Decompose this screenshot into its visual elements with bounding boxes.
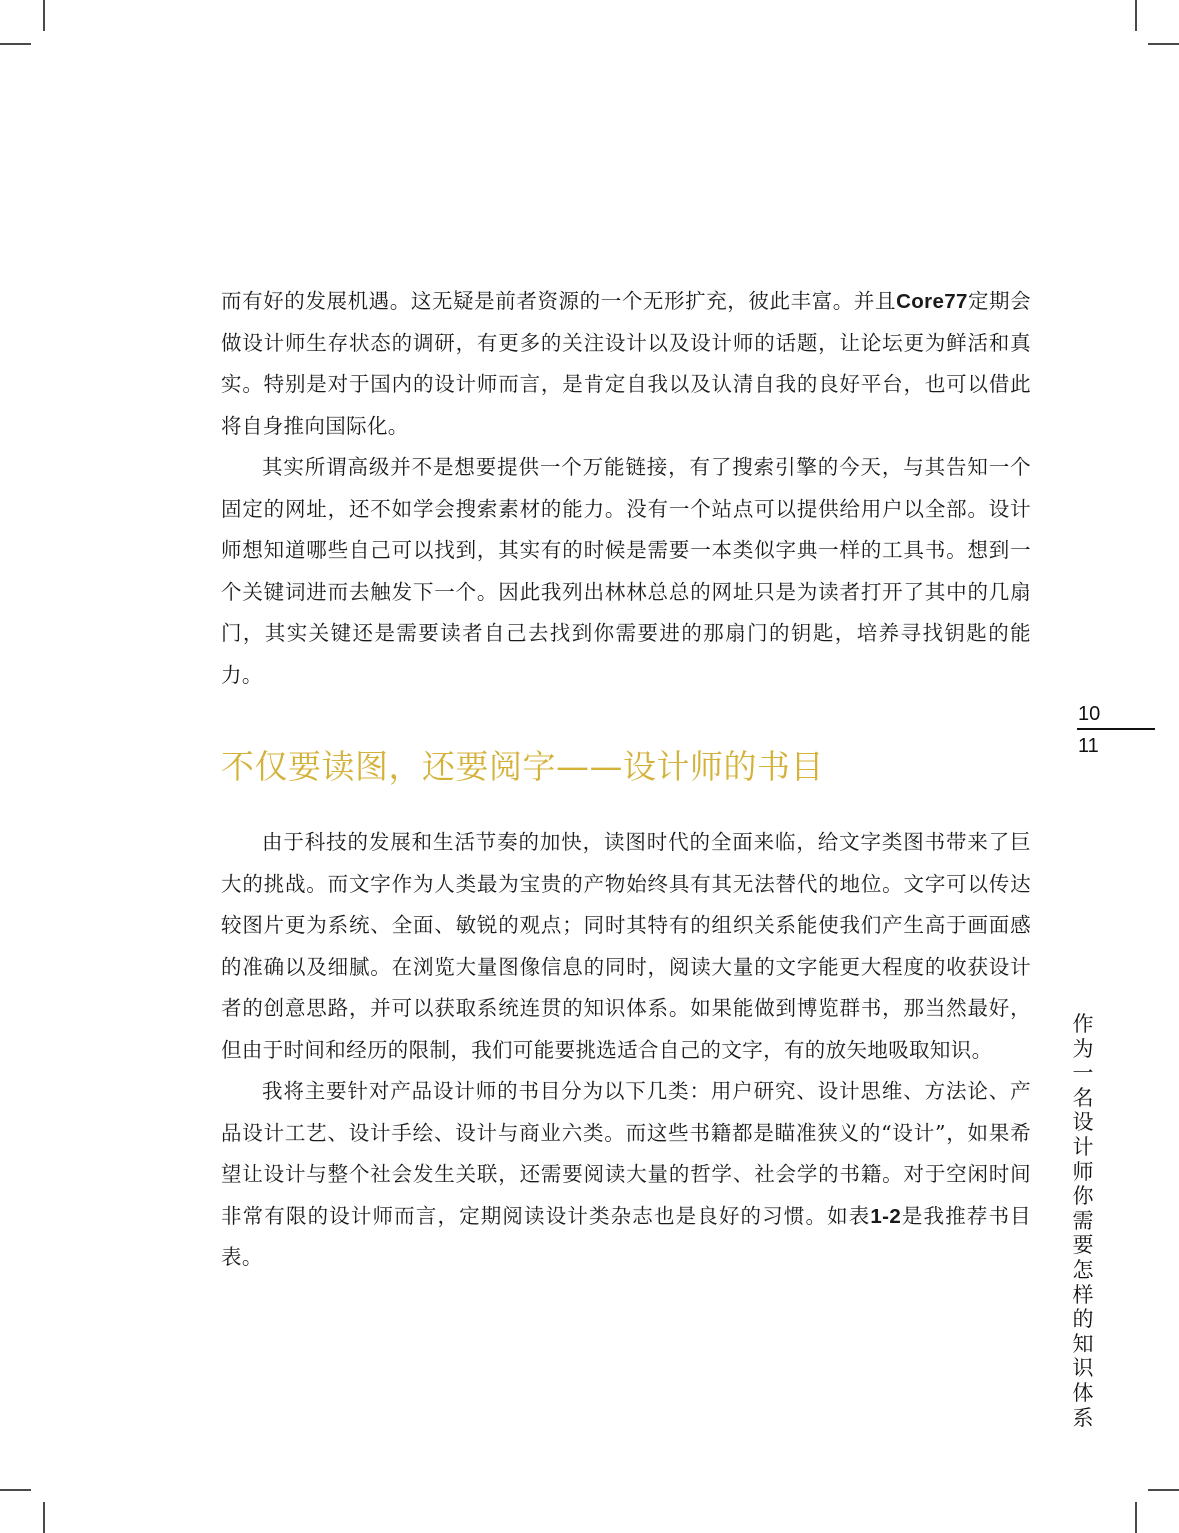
- page-number-right: 11: [1077, 734, 1155, 758]
- paragraph-1: 而有好的发展机遇。这无疑是前者资源的一个无形扩充，彼此丰富。并且Core77定期…: [221, 281, 1031, 447]
- paragraph-4: 我将主要针对产品设计师的书目分为以下几类：用户研究、设计思维、方法论、产品设计工…: [221, 1071, 1031, 1279]
- paragraph-1-brand: Core77: [896, 290, 968, 313]
- crop-mark-bottom-left-vertical: [43, 1502, 45, 1533]
- section-heading: 不仅要读图，还要阅字——设计师的书目: [221, 744, 824, 790]
- crop-mark-top-right-vertical: [1135, 0, 1137, 31]
- paragraph-1-text-a: 而有好的发展机遇。这无疑是前者资源的一个无形扩充，彼此丰富。并且: [221, 289, 896, 313]
- page-numbers: 10 11: [1077, 702, 1155, 758]
- crop-mark-top-left-horizontal: [0, 43, 31, 45]
- crop-mark-top-left-vertical: [43, 0, 45, 31]
- paragraph-2: 其实所谓高级并不是想要提供一个万能链接，有了搜索引擎的今天，与其告知一个固定的网…: [221, 447, 1031, 696]
- running-head-vertical: 作为一名设计师你需要怎样的知识体系: [1069, 1012, 1097, 1430]
- body-text-lower: 由于科技的发展和生活节奏的加快，读图时代的全面来临，给文字类图书带来了巨大的挑战…: [221, 822, 1031, 1279]
- crop-mark-bottom-right-horizontal: [1148, 1489, 1179, 1491]
- paragraph-4-table-ref: 1-2: [870, 1205, 901, 1228]
- page-number-left: 10: [1077, 702, 1155, 726]
- crop-mark-bottom-left-horizontal: [0, 1489, 31, 1491]
- crop-mark-bottom-right-vertical: [1135, 1502, 1137, 1533]
- crop-mark-top-right-horizontal: [1148, 43, 1179, 45]
- page-number-rule: [1077, 728, 1155, 730]
- body-text-upper: 而有好的发展机遇。这无疑是前者资源的一个无形扩充，彼此丰富。并且Core77定期…: [221, 281, 1031, 696]
- paragraph-3: 由于科技的发展和生活节奏的加快，读图时代的全面来临，给文字类图书带来了巨大的挑战…: [221, 822, 1031, 1071]
